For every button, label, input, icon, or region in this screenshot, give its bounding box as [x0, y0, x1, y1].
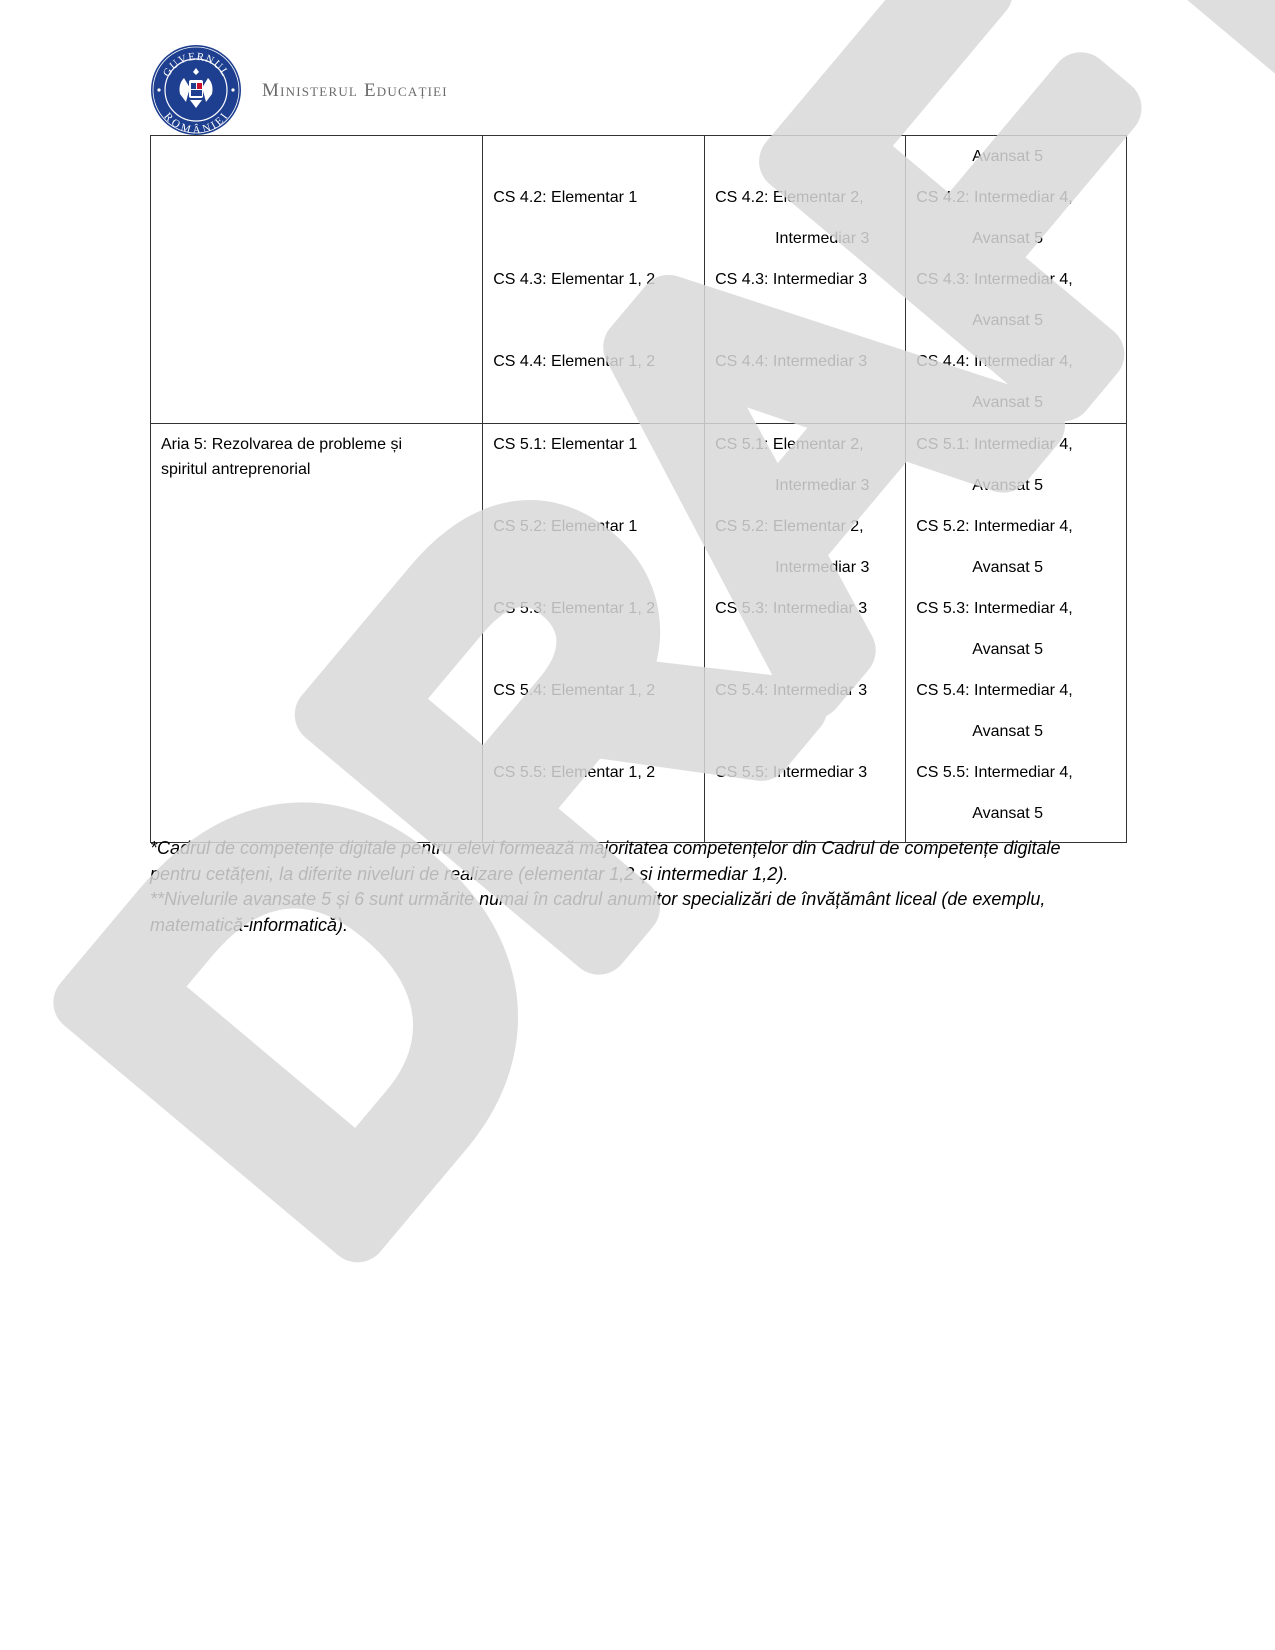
cell-line — [493, 711, 694, 752]
cell-line — [493, 465, 694, 506]
area-cell — [151, 136, 483, 424]
cell-line — [493, 793, 694, 834]
intermediate-cell: CS 4.2: Elementar 2,Intermediar 3CS 4.3:… — [705, 136, 906, 424]
cell-line: Avansat 5 — [916, 136, 1116, 177]
cell-line: CS 5.5: Elementar 1, 2 — [493, 752, 694, 793]
cell-line — [493, 300, 694, 341]
elementary-cell: CS 5.1: Elementar 1CS 5.2: Elementar 1CS… — [483, 424, 705, 843]
cell-line: CS 4.4: Intermediar 4, — [916, 341, 1116, 382]
cell-line: Intermediar 3 — [715, 465, 895, 506]
cell-line: CS 5.5: Intermediar 3 — [715, 752, 895, 793]
cell-line: CS 5.2: Elementar 1 — [493, 506, 694, 547]
cell-line — [493, 382, 694, 423]
cell-line: CS 5.3: Intermediar 3 — [715, 588, 895, 629]
cell-line — [715, 793, 895, 834]
cell-line: Intermediar 3 — [715, 218, 895, 259]
footnote-line: **Nivelurile avansate 5 și 6 sunt urmări… — [150, 887, 1140, 913]
cell-line — [715, 300, 895, 341]
cell-line — [715, 629, 895, 670]
cell-line: CS 4.4: Intermediar 3 — [715, 341, 895, 382]
cell-line: CS 5.1: Elementar 2, — [715, 424, 895, 465]
cell-line — [715, 382, 895, 423]
cell-line — [715, 711, 895, 752]
advanced-cell: Avansat 5CS 4.2: Intermediar 4,Avansat 5… — [906, 136, 1127, 424]
area-label-line: spiritul antreprenorial — [161, 457, 472, 482]
intermediate-cell: CS 5.1: Elementar 2,Intermediar 3CS 5.2:… — [705, 424, 906, 843]
footnote-line: pentru cetățeni, la diferite niveluri de… — [150, 862, 1140, 888]
cell-line: Avansat 5 — [916, 629, 1116, 670]
cell-line: Avansat 5 — [916, 793, 1116, 834]
cell-line: CS 4.2: Elementar 2, — [715, 177, 895, 218]
cell-line — [493, 547, 694, 588]
area-cell: Aria 5: Rezolvarea de probleme și spirit… — [151, 424, 483, 843]
cell-line: Avansat 5 — [916, 547, 1116, 588]
cell-line: CS 5.2: Elementar 2, — [715, 506, 895, 547]
cell-line: CS 5.3: Intermediar 4, — [916, 588, 1116, 629]
cell-line — [493, 218, 694, 259]
cell-line: CS 5.5: Intermediar 4, — [916, 752, 1116, 793]
cell-line: CS 4.4: Elementar 1, 2 — [493, 341, 694, 382]
elementary-cell: CS 4.2: Elementar 1CS 4.3: Elementar 1, … — [483, 136, 705, 424]
ministry-name: Ministerul Educației — [262, 80, 448, 102]
cell-line: CS 5.4: Intermediar 3 — [715, 670, 895, 711]
cell-line: CS 5.4: Elementar 1, 2 — [493, 670, 694, 711]
advanced-cell: CS 5.1: Intermediar 4,Avansat 5CS 5.2: I… — [906, 424, 1127, 843]
footnote-line: matematică-informatică). — [150, 913, 1140, 939]
cell-line — [715, 136, 895, 177]
cell-line: CS 5.1: Elementar 1 — [493, 424, 694, 465]
cell-line: CS 5.4: Intermediar 4, — [916, 670, 1116, 711]
area-label-line: Aria 5: Rezolvarea de probleme și — [161, 432, 472, 457]
page-header: GUVERNUL ROMÂNIEI Ministerul Educației — [150, 44, 550, 136]
cell-line: CS 5.1: Intermediar 4, — [916, 424, 1116, 465]
cell-line: CS 4.2: Elementar 1 — [493, 177, 694, 218]
cell-line: Avansat 5 — [916, 711, 1116, 752]
cell-line: CS 5.3: Elementar 1, 2 — [493, 588, 694, 629]
cell-line: Avansat 5 — [916, 465, 1116, 506]
footnote-line: *Cadrul de competențe digitale pentru el… — [150, 836, 1140, 862]
cell-line: CS 4.3: Elementar 1, 2 — [493, 259, 694, 300]
cell-line: Avansat 5 — [916, 382, 1116, 423]
footnotes: *Cadrul de competențe digitale pentru el… — [150, 836, 1140, 938]
cell-line: CS 5.2: Intermediar 4, — [916, 506, 1116, 547]
cell-line: CS 4.3: Intermediar 4, — [916, 259, 1116, 300]
cell-line — [493, 629, 694, 670]
table-row: Aria 5: Rezolvarea de probleme și spirit… — [151, 424, 1127, 843]
cell-line: CS 4.3: Intermediar 3 — [715, 259, 895, 300]
cell-line: Avansat 5 — [916, 218, 1116, 259]
cell-line — [493, 136, 694, 177]
cell-line: CS 4.2: Intermediar 4, — [916, 177, 1116, 218]
cell-line: Intermediar 3 — [715, 547, 895, 588]
competencies-table: CS 4.2: Elementar 1CS 4.3: Elementar 1, … — [150, 135, 1127, 843]
table-row: CS 4.2: Elementar 1CS 4.3: Elementar 1, … — [151, 136, 1127, 424]
cell-line: Avansat 5 — [916, 300, 1116, 341]
government-logo-icon: GUVERNUL ROMÂNIEI — [150, 44, 242, 136]
